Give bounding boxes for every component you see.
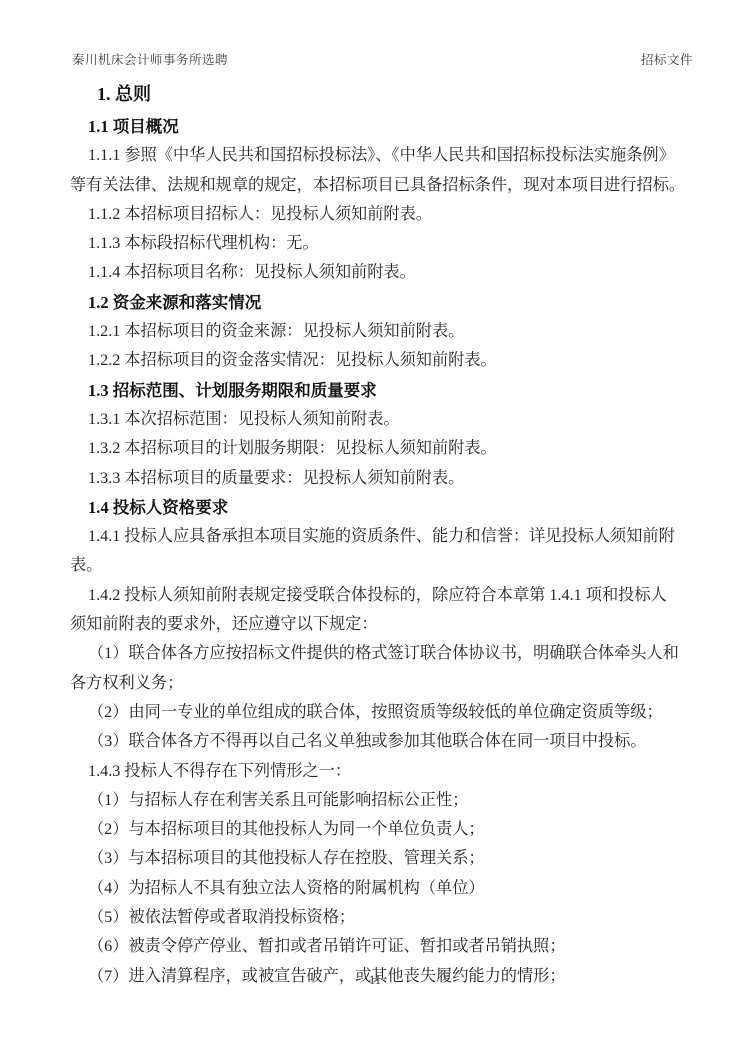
header-left-text: 秦川机床会计师事务所选聘 [72,50,228,68]
paragraph: 1.2.2 本招标项目的资金落实情况：见投标人须知前附表。 [70,346,715,375]
paragraph: （5）被依法暂停或者取消投标资格； [70,903,715,932]
paragraph: 1.3.3 本招标项目的质量要求：见投标人须知前附表。 [70,464,715,493]
paragraph: （3）与本招标项目的其他投标人存在控股、管理关系； [70,844,715,873]
paragraph: 1.4.3 投标人不得存在下列情形之一： [70,757,715,786]
paragraph: 1.1.1 参照《中华人民共和国招标投标法》、《中华人民共和国招标投标法实施条例… [70,141,715,200]
section-heading: 1.1 项目概况 [70,112,715,141]
section-heading: 1.3 招标范围、计划服务期限和质量要求 [70,376,715,405]
document-page: 秦川机床会计师事务所选聘 招标文件 1. 总则 1.1 项目概况 1.1.1 参… [0,0,750,1060]
page-number: 11 [0,973,750,988]
paragraph: （2）由同一专业的单位组成的联合体，按照资质等级较低的单位确定资质等级； [70,698,715,727]
paragraph: （1）联合体各方应按招标文件提供的格式签订联合体协议书，明确联合体牵头人和 各方… [70,639,715,698]
section-heading: 1.4 投标人资格要求 [70,493,715,522]
header-right-text: 招标文件 [641,50,693,68]
paragraph: 1.4.1 投标人应具备承担本项目实施的资质条件、能力和信誉：详见投标人须知前附… [70,522,715,581]
paragraph: 1.1.2 本招标项目招标人：见投标人须知前附表。 [70,200,715,229]
paragraph: 1.2.1 本招标项目的资金来源：见投标人须知前附表。 [70,317,715,346]
paragraph: （1）与招标人存在利害关系且可能影响招标公正性； [70,786,715,815]
paragraph: （2）与本招标项目的其他投标人为同一个单位负责人； [70,815,715,844]
paragraph: 1.1.4 本招标项目名称：见投标人须知前附表。 [70,258,715,287]
chapter-title: 1. 总则 [70,78,715,110]
paragraph: 1.3.2 本招标项目的计划服务期限：见投标人须知前附表。 [70,434,715,463]
document-body: 1. 总则 1.1 项目概况 1.1.1 参照《中华人民共和国招标投标法》、《中… [70,78,715,991]
paragraph: 1.1.3 本标段招标代理机构：无。 [70,229,715,258]
page-header: 秦川机床会计师事务所选聘 招标文件 [72,50,693,68]
paragraph: （6）被责令停产停业、暂扣或者吊销许可证、暂扣或者吊销执照； [70,932,715,961]
paragraph: （4）为招标人不具有独立法人资格的附属机构（单位） [70,874,715,903]
section-heading: 1.2 资金来源和落实情况 [70,288,715,317]
paragraph: （3）联合体各方不得再以自己名义单独或参加其他联合体在同一项目中投标。 [70,727,715,756]
paragraph: 1.3.1 本次招标范围：见投标人须知前附表。 [70,405,715,434]
paragraph: 1.4.2 投标人须知前附表规定接受联合体投标的，除应符合本章第 1.4.1 项… [70,581,715,640]
